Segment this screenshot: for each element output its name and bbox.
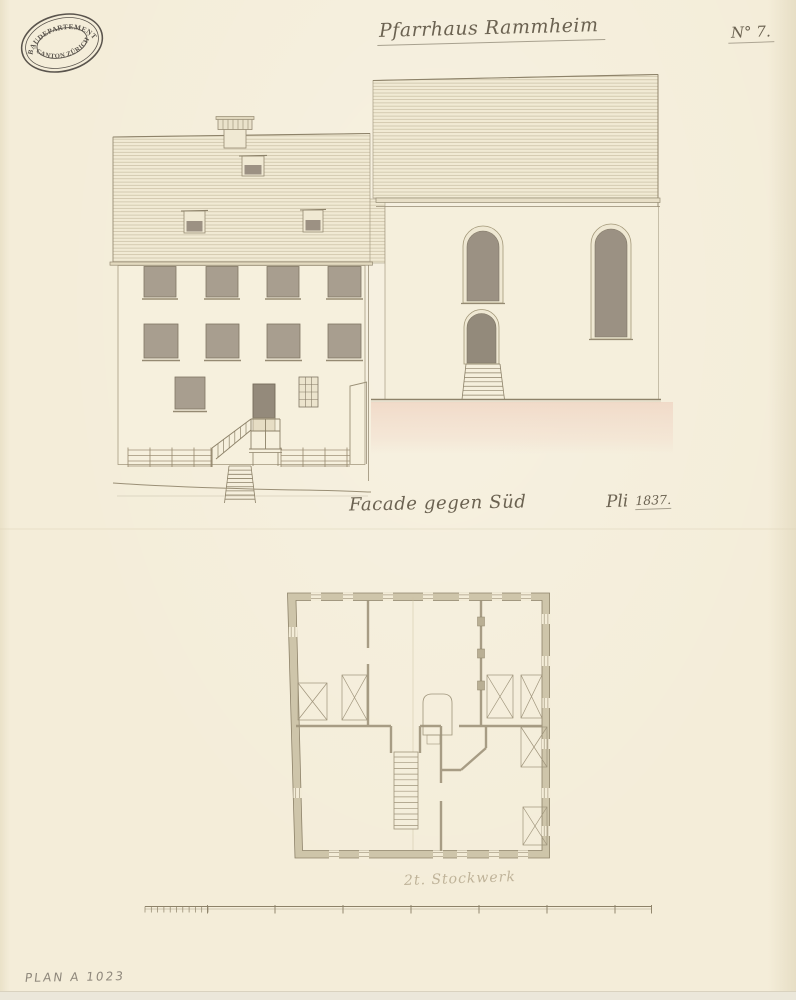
- parsonage-elevation: [110, 117, 373, 504]
- stove: [423, 694, 452, 744]
- lattice-window: [299, 377, 318, 407]
- scale-bar: [145, 905, 652, 914]
- church-elevation: [367, 75, 673, 482]
- archive-reference: PLAN A 1023: [24, 969, 126, 985]
- dormer-window: [239, 155, 267, 176]
- sheet-number: N° 7.: [728, 22, 774, 44]
- church-roof: [373, 75, 658, 199]
- date-note: Pli1837.: [606, 490, 672, 512]
- floor-plan: [288, 593, 551, 859]
- scan-edge: [0, 991, 796, 1000]
- eaves-band: [110, 262, 373, 265]
- ground-floor-window: [175, 377, 205, 409]
- dormer-window: [300, 209, 326, 232]
- dormer-window: [181, 210, 208, 233]
- crossed-boxes: [298, 675, 547, 845]
- terrace-wash-pink: [371, 402, 673, 454]
- church-portal: [464, 310, 499, 365]
- staircase: [394, 752, 418, 829]
- church-arched-window: [461, 226, 505, 304]
- interior-walls: [296, 601, 542, 852]
- scanned-plan-sheet: · BAUDEPARTEMENT · · CANTON ZÜRICH · Pfa…: [0, 0, 796, 1000]
- date-year: 1837.: [635, 492, 671, 510]
- date-prefix: Pli: [606, 491, 629, 512]
- church-cornice: [376, 198, 660, 203]
- elevation-caption: Facade gegen Süd: [349, 491, 527, 515]
- church-arched-window: [589, 224, 633, 340]
- house-roof: [113, 134, 370, 263]
- entrance-door: [253, 384, 275, 418]
